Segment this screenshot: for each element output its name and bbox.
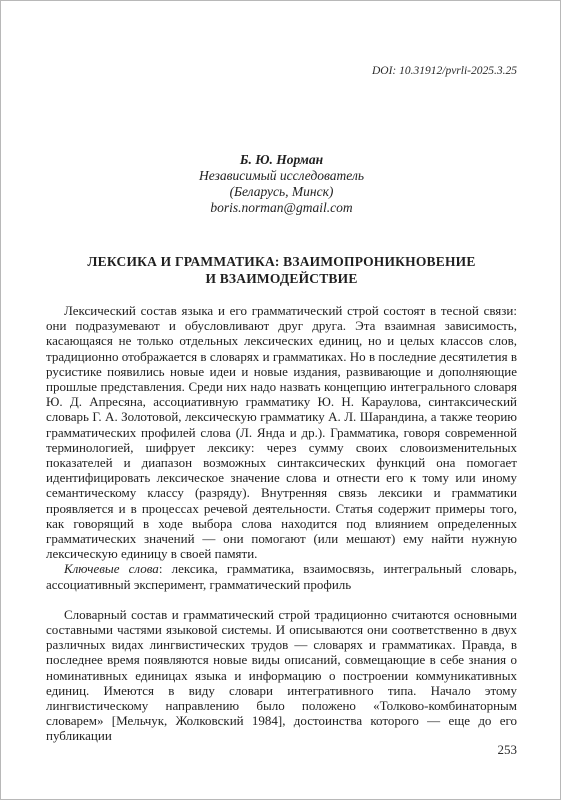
page-number: 253 bbox=[498, 742, 518, 757]
body-paragraph: Словарный состав и грамматический строй … bbox=[46, 607, 517, 744]
paper-page: DOI: 10.31912/pvrli-2025.3.25 Б. Ю. Норм… bbox=[0, 0, 561, 800]
article-title: ЛЕКСИКА И ГРАММАТИКА: ВЗАИМОПРОНИКНОВЕНИ… bbox=[46, 253, 517, 287]
keywords-paragraph: Ключевые слова: лексика, грамматика, вза… bbox=[46, 561, 517, 591]
author-email: boris.norman@gmail.com bbox=[46, 200, 517, 216]
author-block: Б. Ю. Норман Независимый исследователь (… bbox=[46, 152, 517, 216]
keywords-label: Ключевые слова bbox=[64, 561, 159, 576]
author-name: Б. Ю. Норман bbox=[46, 152, 517, 168]
doi-line: DOI: 10.31912/pvrli-2025.3.25 bbox=[46, 64, 517, 78]
author-affiliation: Независимый исследователь bbox=[46, 168, 517, 184]
author-location: (Беларусь, Минск) bbox=[46, 184, 517, 200]
abstract-paragraph: Лексический состав языка и его грамматич… bbox=[46, 303, 517, 561]
article-title-line-1: ЛЕКСИКА И ГРАММАТИКА: ВЗАИМОПРОНИКНОВЕНИ… bbox=[46, 253, 517, 270]
article-title-line-2: И ВЗАИМОДЕЙСТВИЕ bbox=[46, 270, 517, 287]
keywords-separator: : bbox=[159, 561, 172, 576]
